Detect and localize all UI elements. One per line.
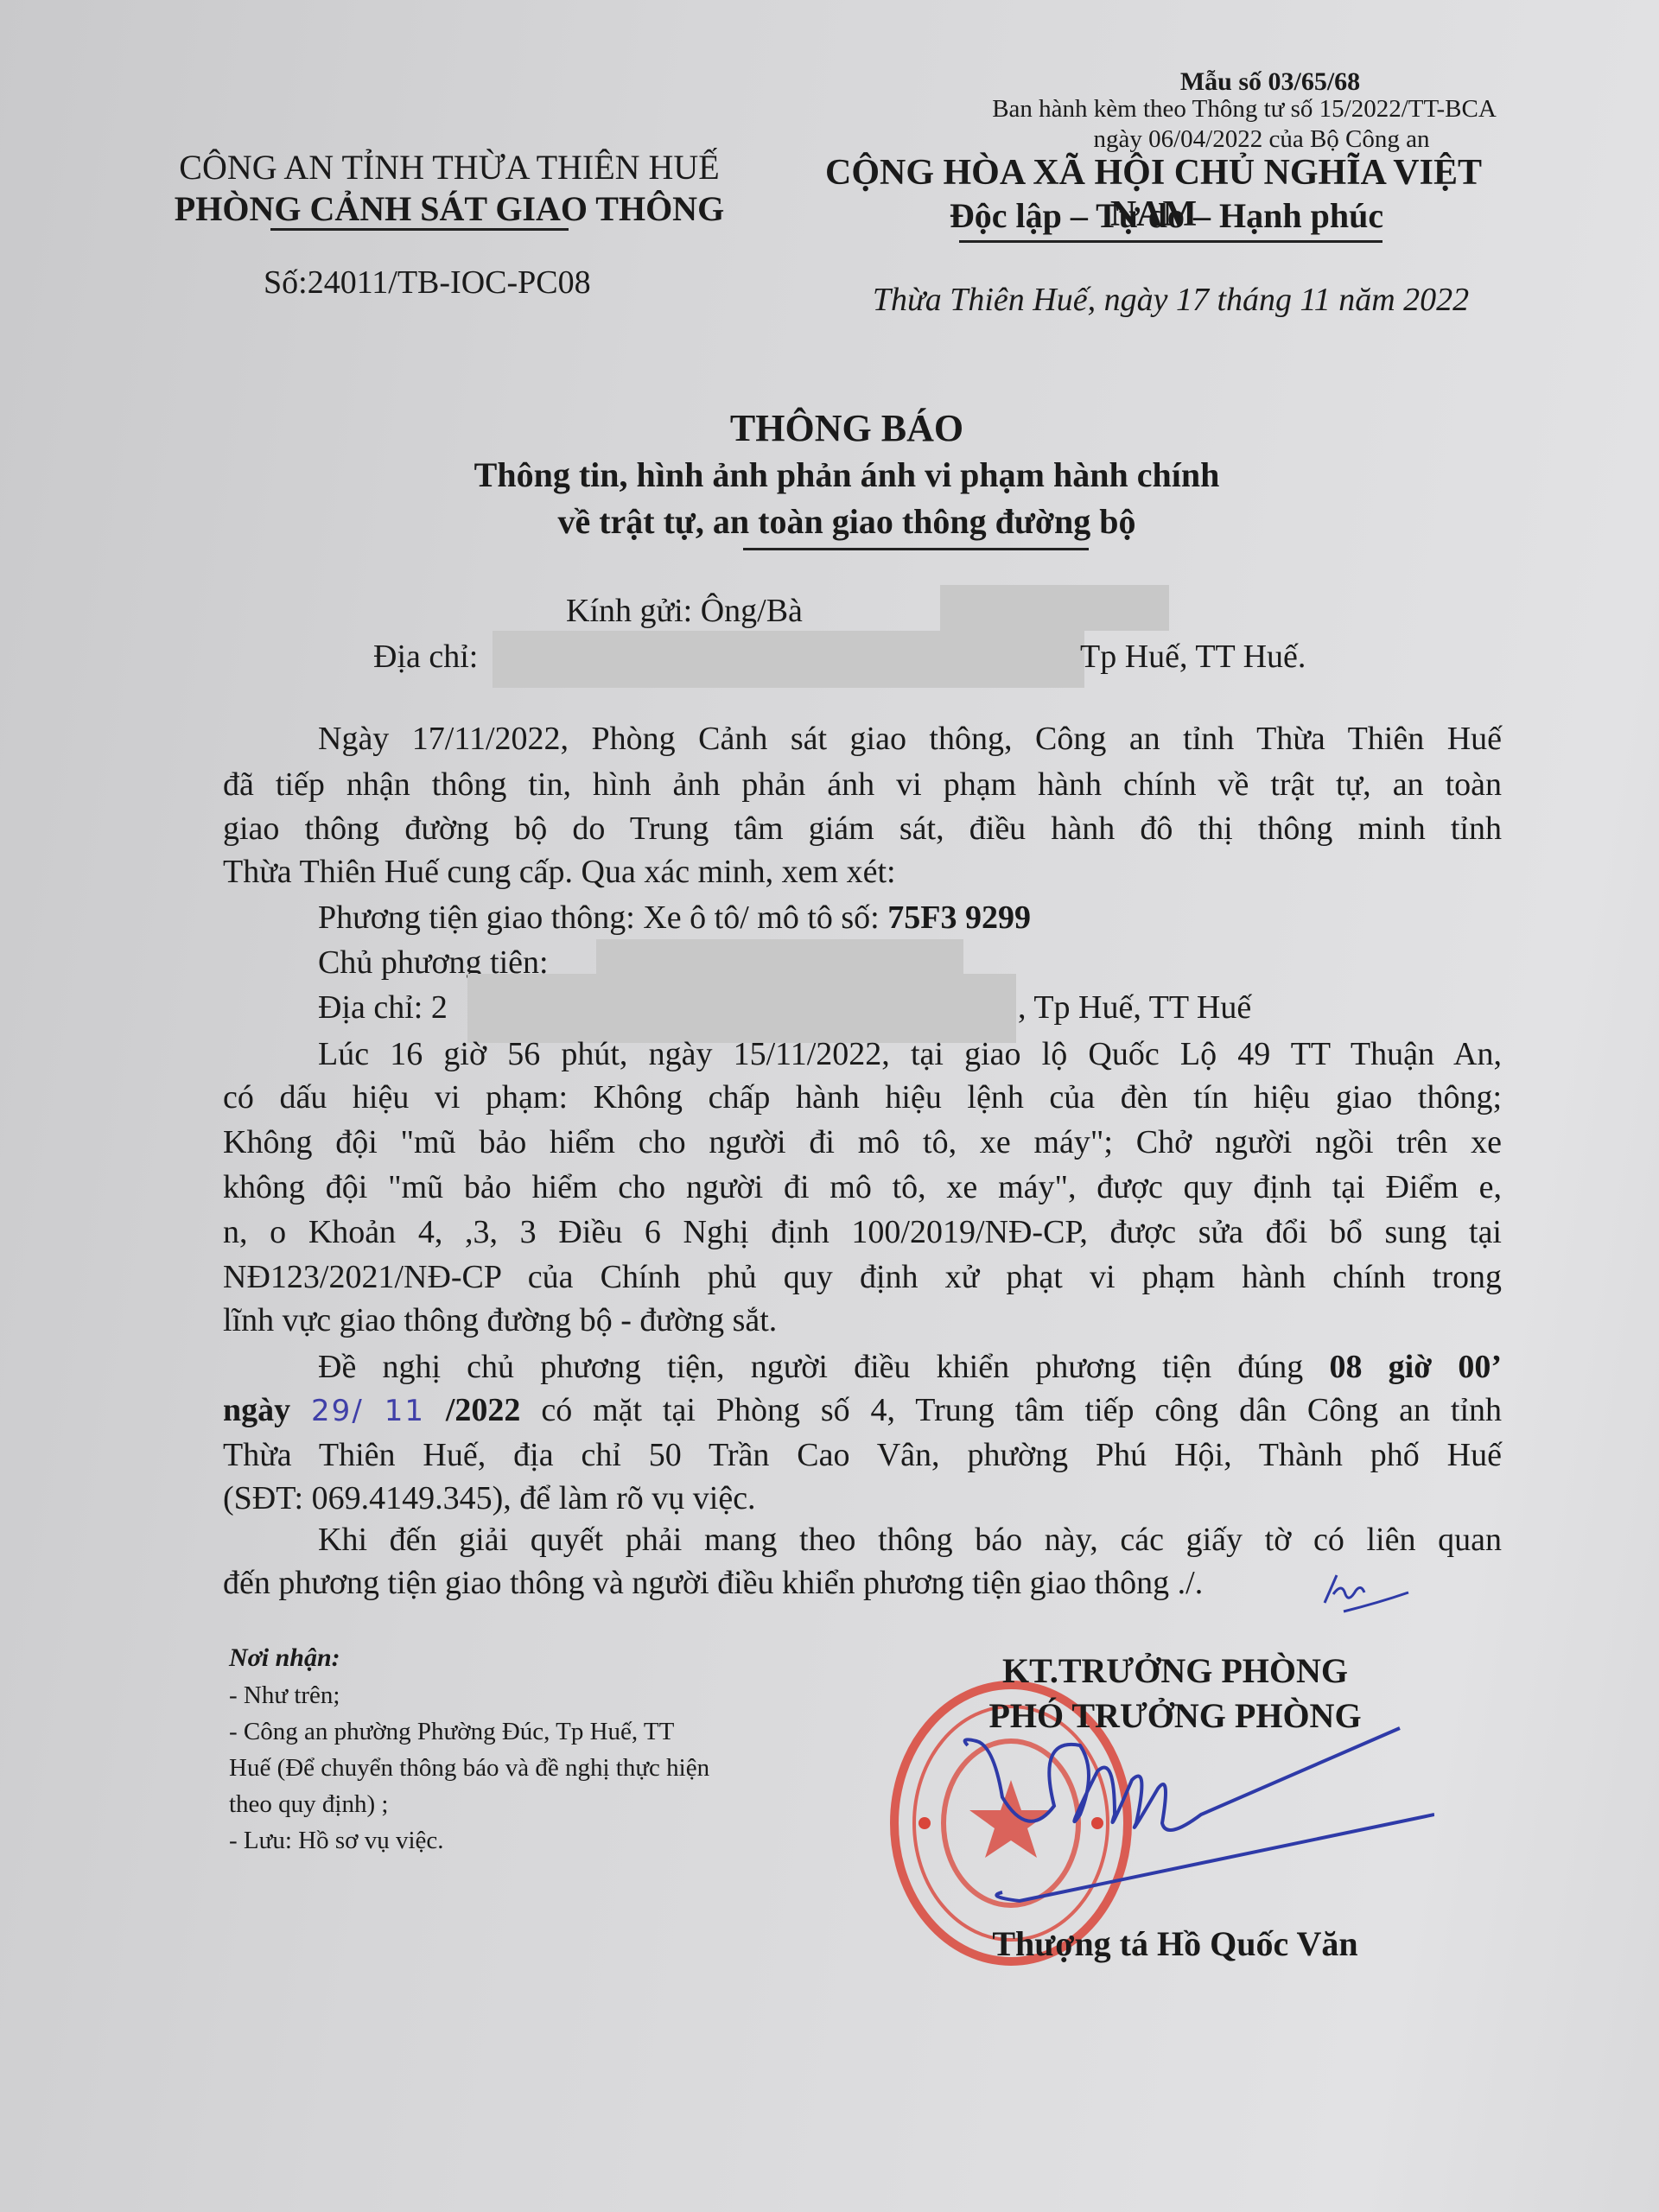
signature-title-line1: KT.TRƯỞNG PHÒNG — [916, 1650, 1434, 1691]
paragraph-3-line: Thừa Thiên Huế, địa chỉ 50 Trần Cao Vân,… — [223, 1436, 1502, 1474]
redacted-recipient-address — [493, 631, 1084, 688]
recipient-greeting: Kính gửi: Ông/Bà — [566, 592, 803, 630]
paragraph-2-line: n, o Khoản 4, ,3, 3 Điều 6 Nghị định 100… — [223, 1213, 1502, 1251]
paragraph-2-line: lĩnh vực giao thông đường bộ - đường sắt… — [223, 1301, 1502, 1339]
document-subtitle-line2: về trật tự, an toàn giao thông đường bộ — [346, 501, 1348, 542]
paragraph-4-line: Khi đến giải quyết phải mang theo thông … — [318, 1521, 1502, 1559]
handwritten-signature-icon — [950, 1719, 1434, 1944]
paragraph-1-line: Thừa Thiên Huế cung cấp. Qua xác minh, x… — [223, 853, 1502, 891]
appointment-year: /2022 — [446, 1392, 521, 1428]
initials-mark-icon — [1318, 1568, 1413, 1620]
title-divider — [743, 548, 1089, 550]
recipient-item: Huế (Để chuyển thông báo và đề nghị thực… — [229, 1754, 709, 1783]
recipient-item: - Lưu: Hồ sơ vụ việc. — [229, 1827, 444, 1855]
paragraph-1-line: giao thông đường bộ do Trung tâm giám sá… — [223, 810, 1502, 848]
document-subtitle-line1: Thông tin, hình ảnh phản ánh vi phạm hàn… — [346, 454, 1348, 495]
paragraph-1-line: đã tiếp nhận thông tin, hình ảnh phản án… — [223, 766, 1502, 804]
agency-parent: CÔNG AN TỈNH THỪA THIÊN HUẾ — [138, 147, 760, 188]
recipient-address-tail: Tp Huế, TT Huế. — [1080, 638, 1306, 676]
recipients-title: Nơi nhận: — [229, 1643, 340, 1673]
recipient-address-label: Địa chỉ: — [373, 638, 478, 676]
paragraph-2-line: Lúc 16 giờ 56 phút, ngày 15/11/2022, tại… — [318, 1035, 1502, 1073]
redacted-owner-address — [467, 974, 1016, 1043]
motto-divider — [959, 240, 1382, 243]
circular-reference: Ban hành kèm theo Thông tư số 15/2022/TT… — [942, 95, 1547, 124]
paragraph-2-line: không đội "mũ bảo hiểm cho người đi mô t… — [223, 1168, 1502, 1206]
owner-address-tail: , Tp Huế, TT Huế — [1018, 988, 1251, 1027]
handwritten-day: 29 — [311, 1394, 352, 1428]
appointment-location: có mặt tại Phòng số 4, Trung tâm tiếp cô… — [541, 1392, 1502, 1428]
paragraph-3-line: ngày 29/ 11 /2022 có mặt tại Phòng số 4,… — [223, 1391, 1502, 1429]
place-date: Thừa Thiên Huế, ngày 17 tháng 11 năm 202… — [804, 281, 1538, 319]
signer-name: Thượng tá Hồ Quốc Văn — [916, 1923, 1434, 1964]
appointment-day-label: ngày — [223, 1392, 290, 1428]
document-number: Số:24011/TB-IOC-PC08 — [264, 264, 626, 302]
recipient-item: - Công an phường Phường Đúc, Tp Huế, TT — [229, 1718, 674, 1746]
agency-name: PHÒNG CẢNH SÁT GIAO THÔNG — [138, 188, 760, 229]
agency-divider — [270, 228, 569, 231]
paragraph-2-line: có dấu hiệu vi phạm: Không chấp hành hiệ… — [223, 1078, 1502, 1116]
recipient-item: theo quy định) ; — [229, 1790, 388, 1819]
document-title: THÔNG BÁO — [397, 406, 1296, 450]
paragraph-3-line: Đề nghị chủ phương tiện, người điều khiể… — [318, 1348, 1502, 1386]
circular-date: ngày 06/04/2022 của Bộ Công an — [1020, 125, 1503, 154]
paragraph-3-line: (SĐT: 069.4149.345), để làm rõ vụ việc. — [223, 1479, 1502, 1517]
handwritten-month: 11 — [385, 1394, 425, 1428]
paragraph-4-line: đến phương tiện giao thông và người điều… — [223, 1564, 1502, 1602]
paragraph-1-line: Ngày 17/11/2022, Phòng Cảnh sát giao thô… — [318, 720, 1502, 758]
vehicle-line: Phương tiện giao thông: Xe ô tô/ mô tô s… — [318, 899, 1502, 937]
paragraph-2-line: Không đội "mũ bảo hiểm cho người đi mô t… — [223, 1123, 1502, 1161]
national-motto: Độc lập – Tự do – Hạnh phúc — [864, 195, 1469, 236]
appointment-request: Đề nghị chủ phương tiện, người điều khiể… — [318, 1349, 1303, 1385]
paragraph-2-line: NĐ123/2021/NĐ-CP của Chính phủ quy định … — [223, 1258, 1502, 1296]
recipient-item: - Như trên; — [229, 1681, 340, 1710]
vehicle-label: Phương tiện giao thông: Xe ô tô/ mô tô s… — [318, 899, 880, 936]
appointment-time: 08 giờ 00’ — [1329, 1349, 1502, 1385]
form-code: Mẫu số 03/65/68 — [1115, 67, 1426, 97]
plate-number: 75F3 9299 — [887, 899, 1031, 936]
redacted-recipient-name — [940, 585, 1169, 631]
